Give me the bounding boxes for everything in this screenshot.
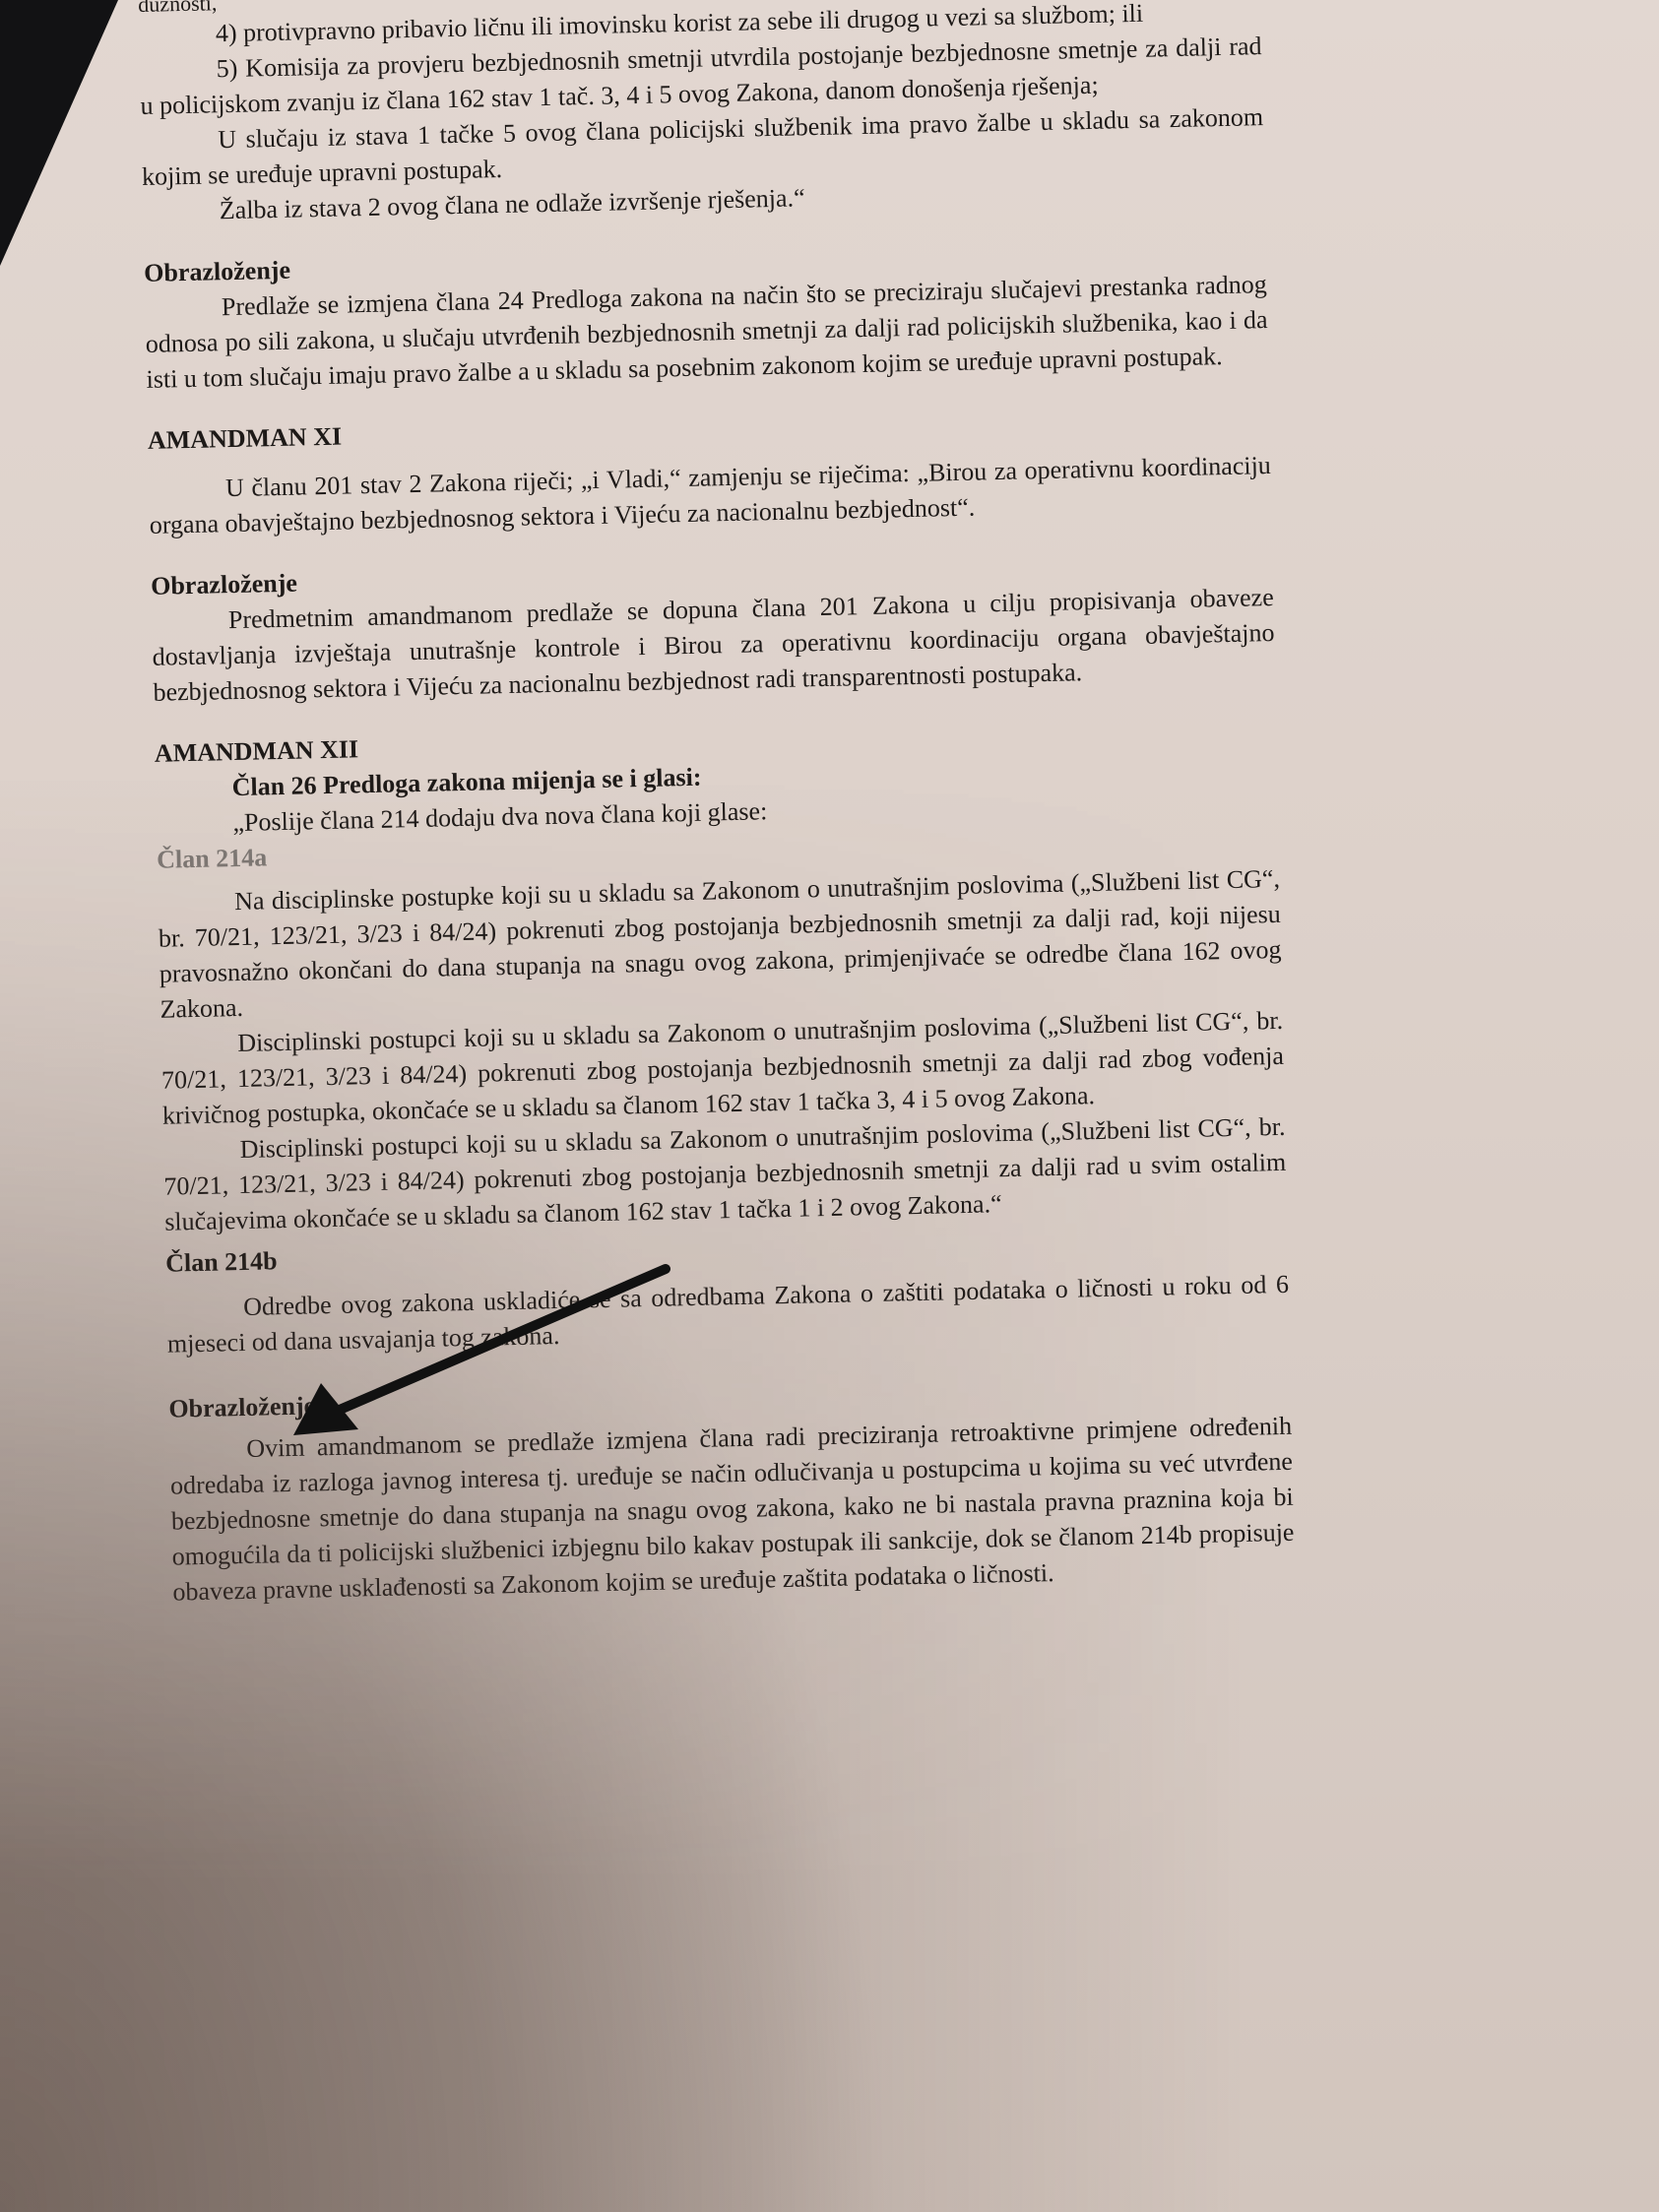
amendment-xi-heading: AMANDMAN XI (148, 399, 1271, 459)
final-paragraph: Ovim amandmanom se predlaže izmjena član… (169, 1409, 1296, 1611)
article-214b-paragraph: Odredbe ovog zakona uskladiće se sa odre… (166, 1267, 1290, 1362)
document-text: dužnosti, 4) protivpravno pribavio ličnu… (138, 0, 1296, 1611)
article-214a-paragraph-1: Na disciplinske postupke koji su u sklad… (158, 861, 1283, 1028)
amendment-xi-paragraph: U članu 201 stav 2 Zakona riječi; „i Vla… (149, 448, 1272, 543)
